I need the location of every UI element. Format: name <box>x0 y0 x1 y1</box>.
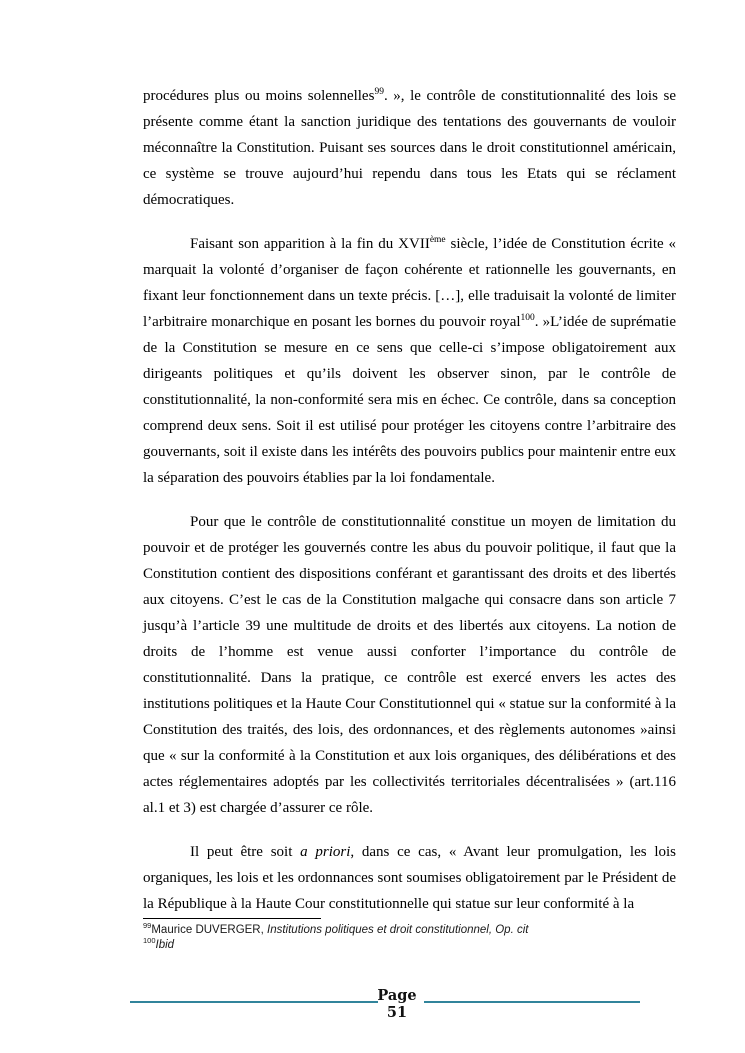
page-number: Page 51 <box>371 987 423 1021</box>
footer-rule-right <box>424 1001 640 1003</box>
paragraph-4: Il peut être soit a priori, dans ce cas,… <box>143 839 676 917</box>
body-text: procédures plus ou moins solennelles99. … <box>143 83 676 935</box>
paragraph-3: Pour que le contrôle de constitutionnali… <box>143 509 676 821</box>
page-number-label: Page <box>371 987 423 1004</box>
footnote-100: 100Ibid <box>143 938 676 953</box>
footnotes-section: 99Maurice DUVERGER, Institutions politiq… <box>143 918 676 953</box>
footnote-99: 99Maurice DUVERGER, Institutions politiq… <box>143 923 676 938</box>
footnote-separator <box>143 918 321 919</box>
page-number-value: 51 <box>371 1004 423 1021</box>
paragraph-2: Faisant son apparition à la fin du XVIIè… <box>143 231 676 491</box>
document-page: procédures plus ou moins solennelles99. … <box>0 0 745 1053</box>
paragraph-1: procédures plus ou moins solennelles99. … <box>143 83 676 213</box>
footer-rule-left <box>130 1001 378 1003</box>
